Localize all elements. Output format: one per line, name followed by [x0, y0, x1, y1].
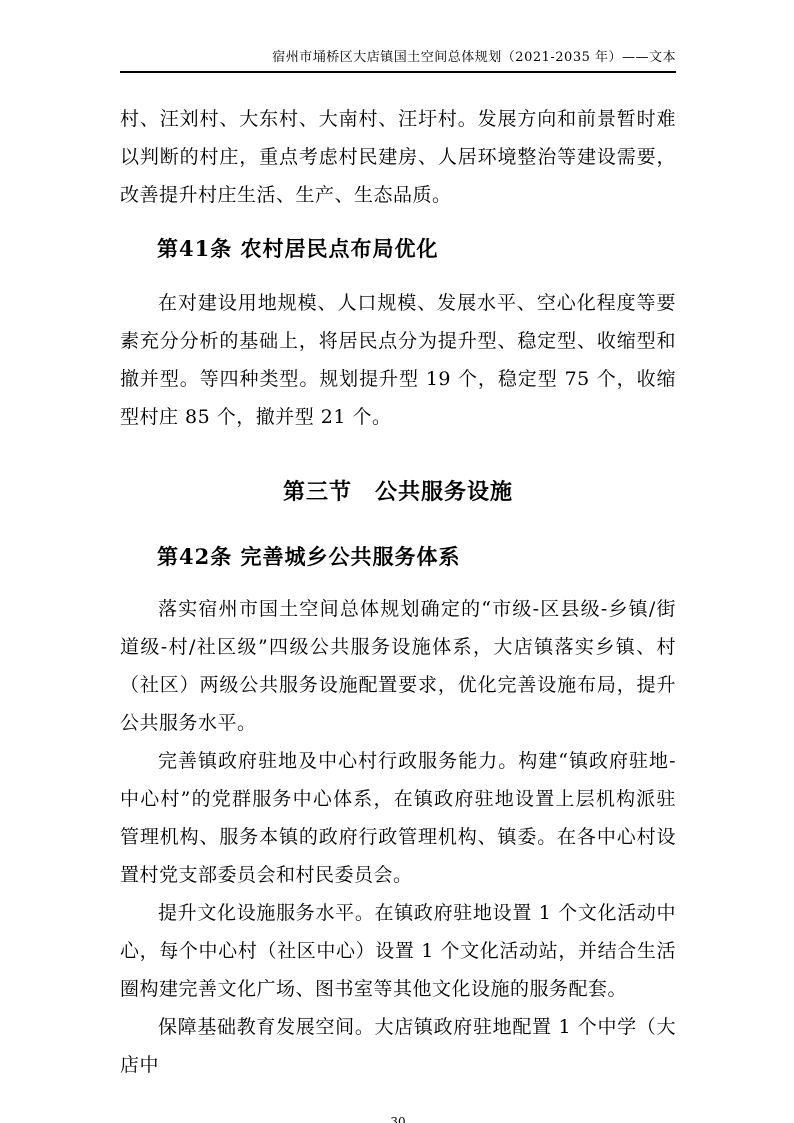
header-divider — [120, 71, 676, 73]
article-41-heading: 第41条 农村居民点布局优化 — [120, 234, 676, 264]
article-42-heading: 第42条 完善城乡公共服务体系 — [120, 542, 676, 572]
page-number: 30 — [120, 1114, 676, 1123]
article-41-paragraph: 在对建设用地规模、人口规模、发展水平、空心化程度等要素充分分析的基础上，将居民点… — [120, 284, 676, 436]
article-42-paragraph-2: 完善镇政府驻地及中心村行政服务能力。构建“镇政府驻地-中心村”的党群服务中心体系… — [120, 742, 676, 894]
section-3-heading: 第三节 公共服务设施 — [120, 476, 676, 508]
document-page: 宿州市埇桥区大店镇国土空间总体规划（2021-2035 年）——文本 村、汪刘村… — [0, 0, 794, 1123]
article-42-paragraph-1: 落实宿州市国土空间总体规划确定的“市级-区县级-乡镇/街道级-村/社区级”四级公… — [120, 590, 676, 742]
article-42-paragraph-4: 保障基础教育发展空间。大店镇政府驻地配置 1 个中学（大店中 — [120, 1008, 676, 1084]
paragraph-continuation: 村、汪刘村、大东村、大南村、汪圩村。发展方向和前景暂时难以判断的村庄，重点考虑村… — [120, 100, 676, 214]
page-header: 宿州市埇桥区大店镇国土空间总体规划（2021-2035 年）——文本 — [120, 48, 676, 68]
article-42-paragraph-3: 提升文化设施服务水平。在镇政府驻地设置 1 个文化活动中心，每个中心村（社区中心… — [120, 894, 676, 1008]
header-title: 宿州市埇桥区大店镇国土空间总体规划（2021-2035 年）——文本 — [272, 50, 676, 65]
